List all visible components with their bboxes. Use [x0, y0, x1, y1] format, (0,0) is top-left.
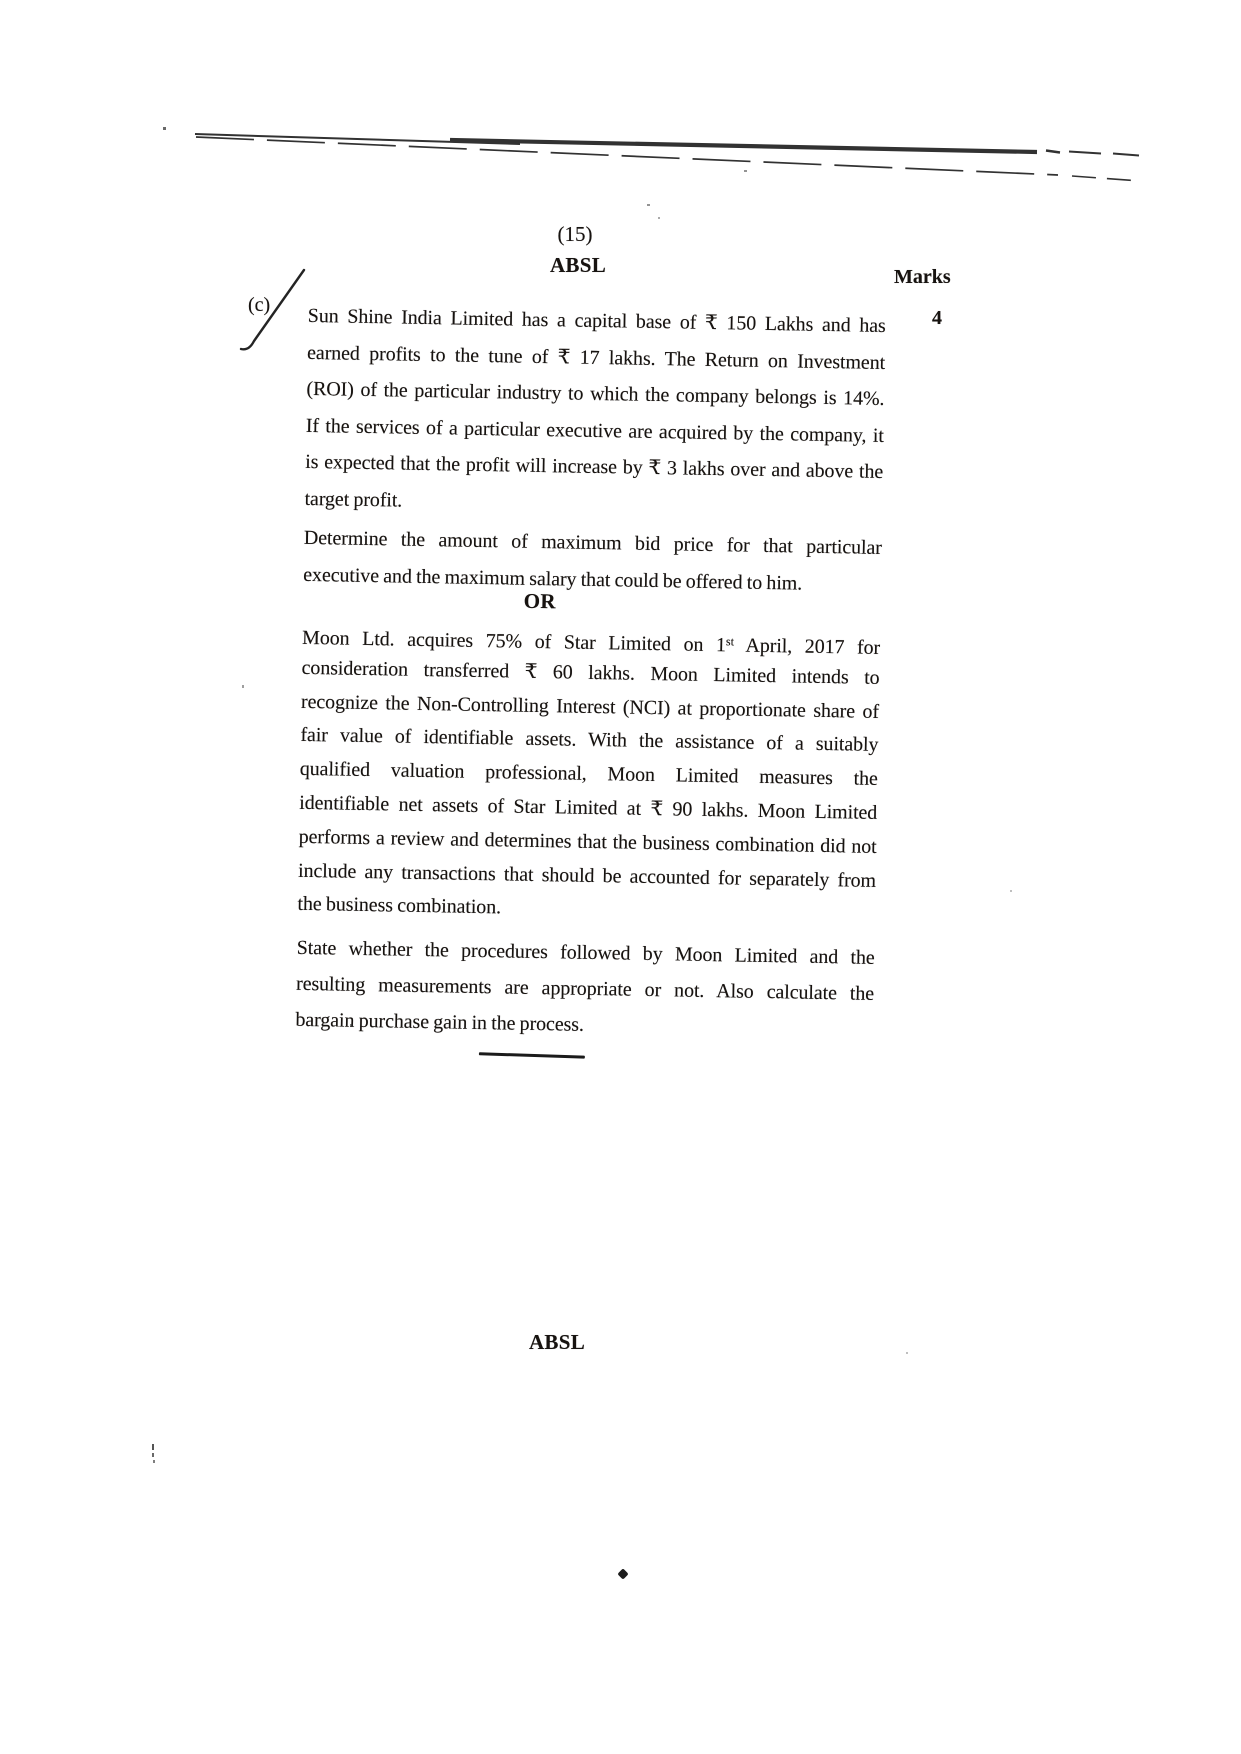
- margin-dash-mark: [152, 1453, 154, 1457]
- question-part-label: (c): [248, 294, 270, 317]
- section-divider-line: [479, 1052, 585, 1058]
- page-top-rule: [0, 0, 1241, 210]
- question-text-column: Sun Shine India Limited has a capital ba…: [294, 298, 886, 1108]
- margin-dash-mark: [153, 1460, 155, 1463]
- scan-speck: [350, 1024, 353, 1027]
- scan-speck: [647, 204, 650, 206]
- scan-speck: [1010, 890, 1012, 892]
- scan-speck: [163, 127, 166, 130]
- margin-dash-mark: [152, 1444, 154, 1450]
- ordinal-superscript: st: [726, 634, 734, 648]
- scanned-exam-page: (15) ABSL Marks 4 (c) Sun Shine India Li…: [0, 0, 1241, 1754]
- footer-title: ABSL: [477, 1330, 637, 1355]
- scan-speck: [658, 217, 660, 219]
- scan-speck: [242, 685, 244, 688]
- page-title: ABSL: [498, 253, 658, 278]
- marks-column-header: Marks: [894, 266, 951, 289]
- paragraph-state-whether: State whether the procedures followed by…: [295, 930, 875, 1048]
- ink-dot: [617, 1568, 628, 1579]
- text-segment: April, 2017 for: [734, 634, 880, 659]
- paragraph-capital-base: Sun Shine India Limited has a capital ba…: [304, 298, 886, 527]
- text-segment: Moon Ltd. acquires 75% of Star Limited o…: [302, 627, 726, 656]
- scan-speck: [906, 1352, 908, 1354]
- scan-speck: [744, 170, 747, 172]
- question-marks-value: 4: [932, 307, 942, 330]
- page-number: (15): [495, 222, 655, 247]
- paragraph-moon-ltd: Moon Ltd. acquires 75% of Star Limited o…: [297, 618, 880, 932]
